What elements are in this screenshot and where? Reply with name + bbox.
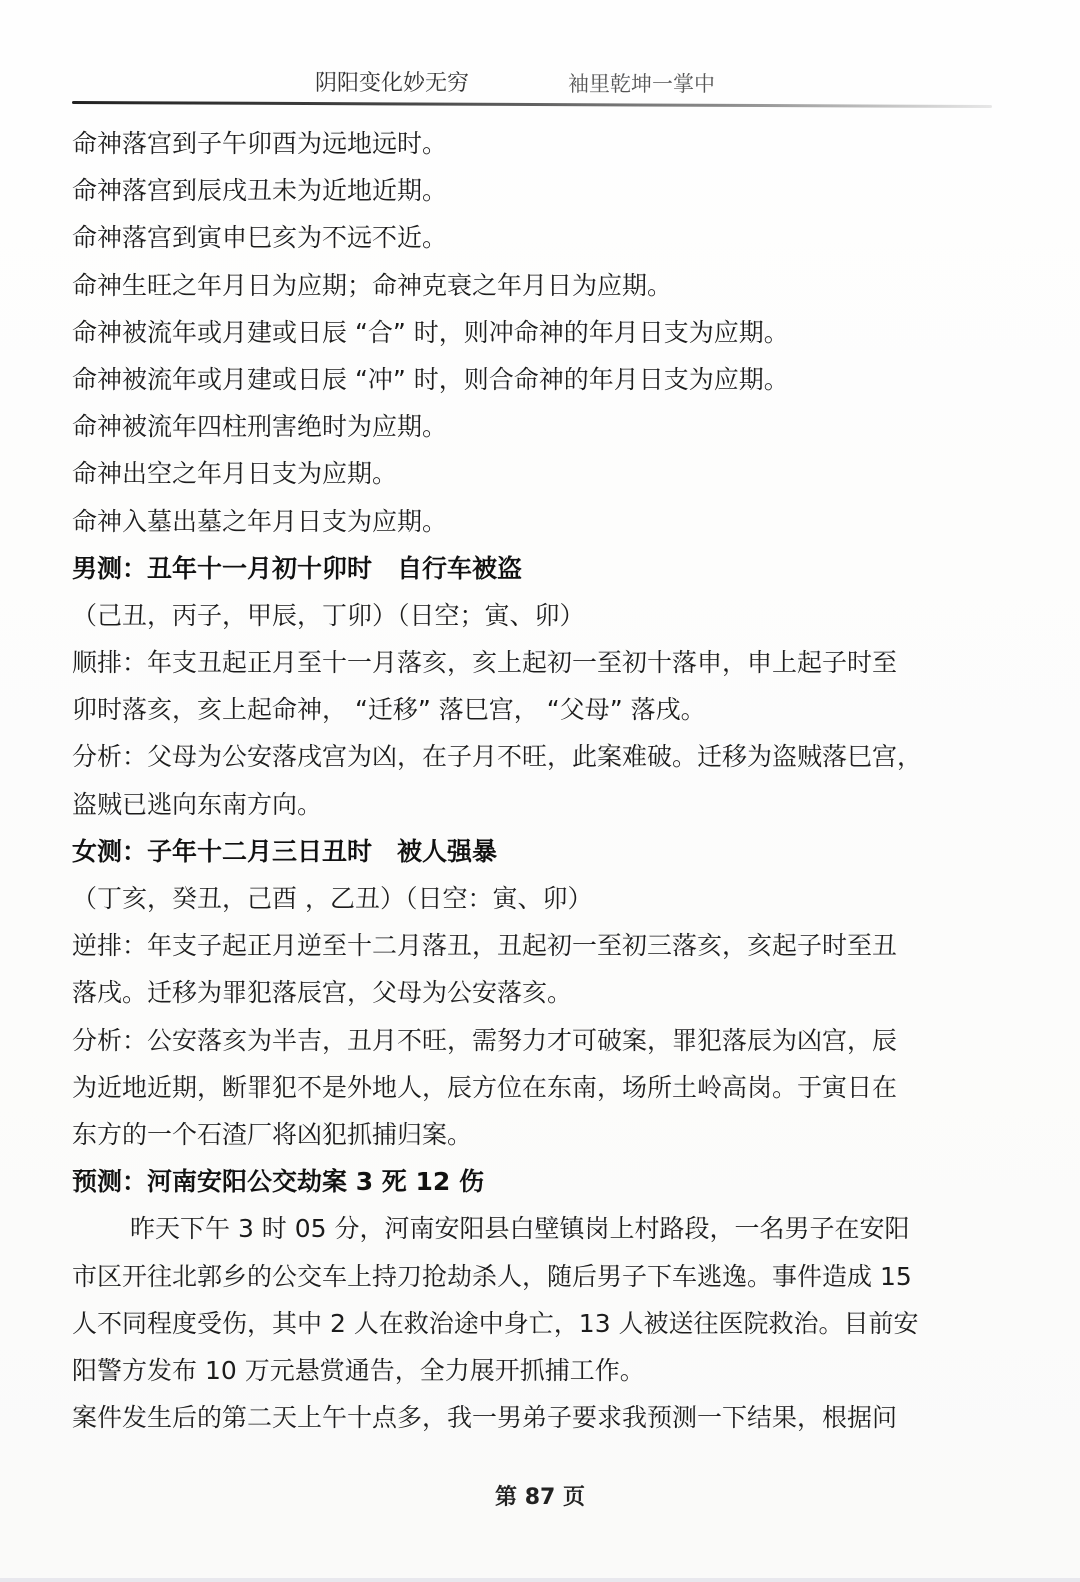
text-line: 命神出空之年月日支为应期。 <box>72 450 1002 497</box>
text-line: 人不同程度受伤，其中 2 人在救治途中身亡，13 人被送往医院救治。目前安 <box>72 1300 1002 1347</box>
header-left-title: 阴阳变化妙无穷 <box>315 66 469 97</box>
case-heading-female: 女测：子年十二月三日丑时 被人强暴 <box>72 828 1002 875</box>
text-line: 分析：公安落亥为半吉，丑月不旺，需努力才可破案，罪犯落辰为凶宫，辰 <box>72 1017 1002 1064</box>
text-line: 顺排：年支丑起正月至十一月落亥，亥上起初一至初十落申，申上起子时至 <box>72 639 1002 686</box>
text-line: 分析：父母为公安落戌宫为凶，在子月不旺，此案难破。迁移为盗贼落巳宫， <box>72 733 1002 780</box>
text-line: 命神落宫到寅申巳亥为不远不近。 <box>72 214 1002 261</box>
text-line: 市区开往北郭乡的公交车上持刀抢劫杀人，随后男子下车逃逸。事件造成 15 <box>72 1253 1002 1300</box>
text-line: （己丑，丙子，甲辰，丁卯）（日空；寅、卯） <box>72 592 1002 639</box>
text-line: 逆排：年支子起正月逆至十二月落丑，丑起初一至初三落亥，亥起子时至丑 <box>72 922 1002 969</box>
text-line: 命神被流年或月建或日辰 “合” 时，则冲命神的年月日支为应期。 <box>72 309 1002 356</box>
header-right-title: 袖里乾坤一掌中 <box>568 68 715 98</box>
text-line: 阳警方发布 10 万元悬赏通告，全力展开抓捕工作。 <box>72 1347 1002 1394</box>
case-heading-male: 男测：丑年十一月初十卯时 自行车被盗 <box>72 545 1002 592</box>
text-line: 命神被流年四柱刑害绝时为应期。 <box>72 403 1002 450</box>
text-line: 命神落宫到子午卯酉为远地远时。 <box>72 120 1002 167</box>
text-line: 为近地近期，断罪犯不是外地人，辰方位在东南，场所土岭高岗。于寅日在 <box>72 1064 1002 1111</box>
page-number: 第 87 页 <box>0 1480 1080 1511</box>
text-line: 命神入墓出墓之年月日支为应期。 <box>72 498 1002 545</box>
header-rule-divider <box>72 101 992 108</box>
text-line: （丁亥，癸丑，己酉 ，乙丑）（日空：寅、卯） <box>72 875 1002 922</box>
text-line: 落戌。迁移为罪犯落辰宫，父母为公安落亥。 <box>72 969 1002 1016</box>
running-header: 阴阳变化妙无穷 袖里乾坤一掌中 <box>0 64 1080 100</box>
text-line: 东方的一个石渣厂将凶犯抓捕归案。 <box>72 1111 1002 1158</box>
body-text: 命神落宫到子午卯酉为远地远时。 命神落宫到辰戌丑未为近地近期。 命神落宫到寅申巳… <box>72 120 1002 1441</box>
text-line: 命神落宫到辰戌丑未为近地近期。 <box>72 167 1002 214</box>
page-bottom-edge <box>0 1578 1080 1582</box>
paragraph-first-line: 昨天下午 3 时 05 分，河南安阳县白壁镇岗上村路段，一名男子在安阳 <box>72 1205 1002 1252</box>
text-line: 命神被流年或月建或日辰 “冲” 时，则合命神的年月日支为应期。 <box>72 356 1002 403</box>
scanned-book-page: 阴阳变化妙无穷 袖里乾坤一掌中 命神落宫到子午卯酉为远地远时。 命神落宫到辰戌丑… <box>0 0 1080 1582</box>
text-line: 案件发生后的第二天上午十点多，我一男弟子要求我预测一下结果，根据问 <box>72 1394 1002 1441</box>
text-line: 卯时落亥，亥上起命神， “迁移” 落巳宫， “父母” 落戌。 <box>72 686 1002 733</box>
case-heading-prediction: 预测：河南安阳公交劫案 3 死 12 伤 <box>72 1158 1002 1205</box>
text-line: 命神生旺之年月日为应期；命神克衰之年月日为应期。 <box>72 262 1002 309</box>
text-line: 盗贼已逃向东南方向。 <box>72 781 1002 828</box>
